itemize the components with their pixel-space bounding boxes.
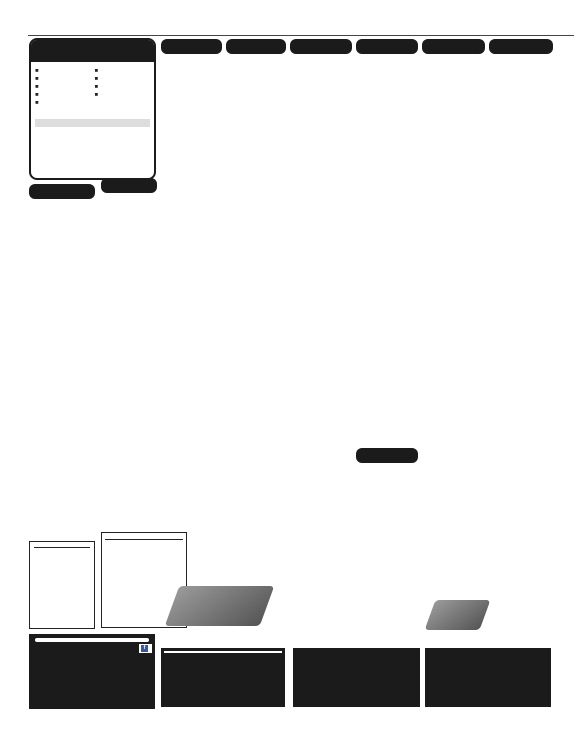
logans-ad (161, 648, 285, 707)
robinson-sub (34, 547, 90, 550)
facebook-badge[interactable]: f (139, 644, 152, 653)
family-notice-categories (29, 38, 156, 180)
notice-column (161, 39, 222, 584)
section-heading (356, 39, 418, 54)
images-note (31, 127, 154, 133)
bible-image (425, 600, 491, 630)
section-heading (101, 178, 157, 193)
category-item (35, 76, 91, 83)
categories-title (31, 40, 154, 62)
category-item (95, 84, 151, 91)
stevenson-name-pill (35, 638, 149, 642)
section-heading (489, 39, 553, 54)
category-item (35, 68, 91, 75)
section-heading (226, 39, 286, 54)
category-item (95, 76, 151, 83)
page-header (28, 26, 574, 36)
notice-column (489, 39, 553, 644)
stevenson-footer: f (32, 644, 152, 653)
notice-column (101, 178, 157, 528)
category-item (95, 92, 151, 99)
categories-list (31, 62, 154, 107)
category-item (35, 92, 91, 99)
placing-title (105, 536, 183, 540)
category-item (95, 68, 151, 75)
section-heading (161, 39, 222, 54)
john-gamble-ad (293, 648, 420, 707)
notice-column (356, 448, 418, 578)
bible-image (165, 586, 275, 626)
facebook-icon: f (141, 645, 148, 652)
notice-column (356, 39, 418, 444)
section-heading (29, 184, 95, 199)
james-henry-ad (425, 648, 551, 707)
contact-offices (35, 119, 150, 127)
stevenson-ad: f (29, 634, 155, 709)
logans-services (164, 651, 282, 653)
section-heading (356, 448, 418, 463)
notice-column (226, 39, 286, 587)
robinson-ad (29, 541, 95, 629)
notice-column (422, 39, 485, 639)
category-item (35, 100, 91, 107)
category-item (35, 84, 91, 91)
section-heading (290, 39, 352, 54)
notice-column (290, 39, 352, 637)
notice-column (29, 184, 95, 536)
section-heading (422, 39, 485, 54)
